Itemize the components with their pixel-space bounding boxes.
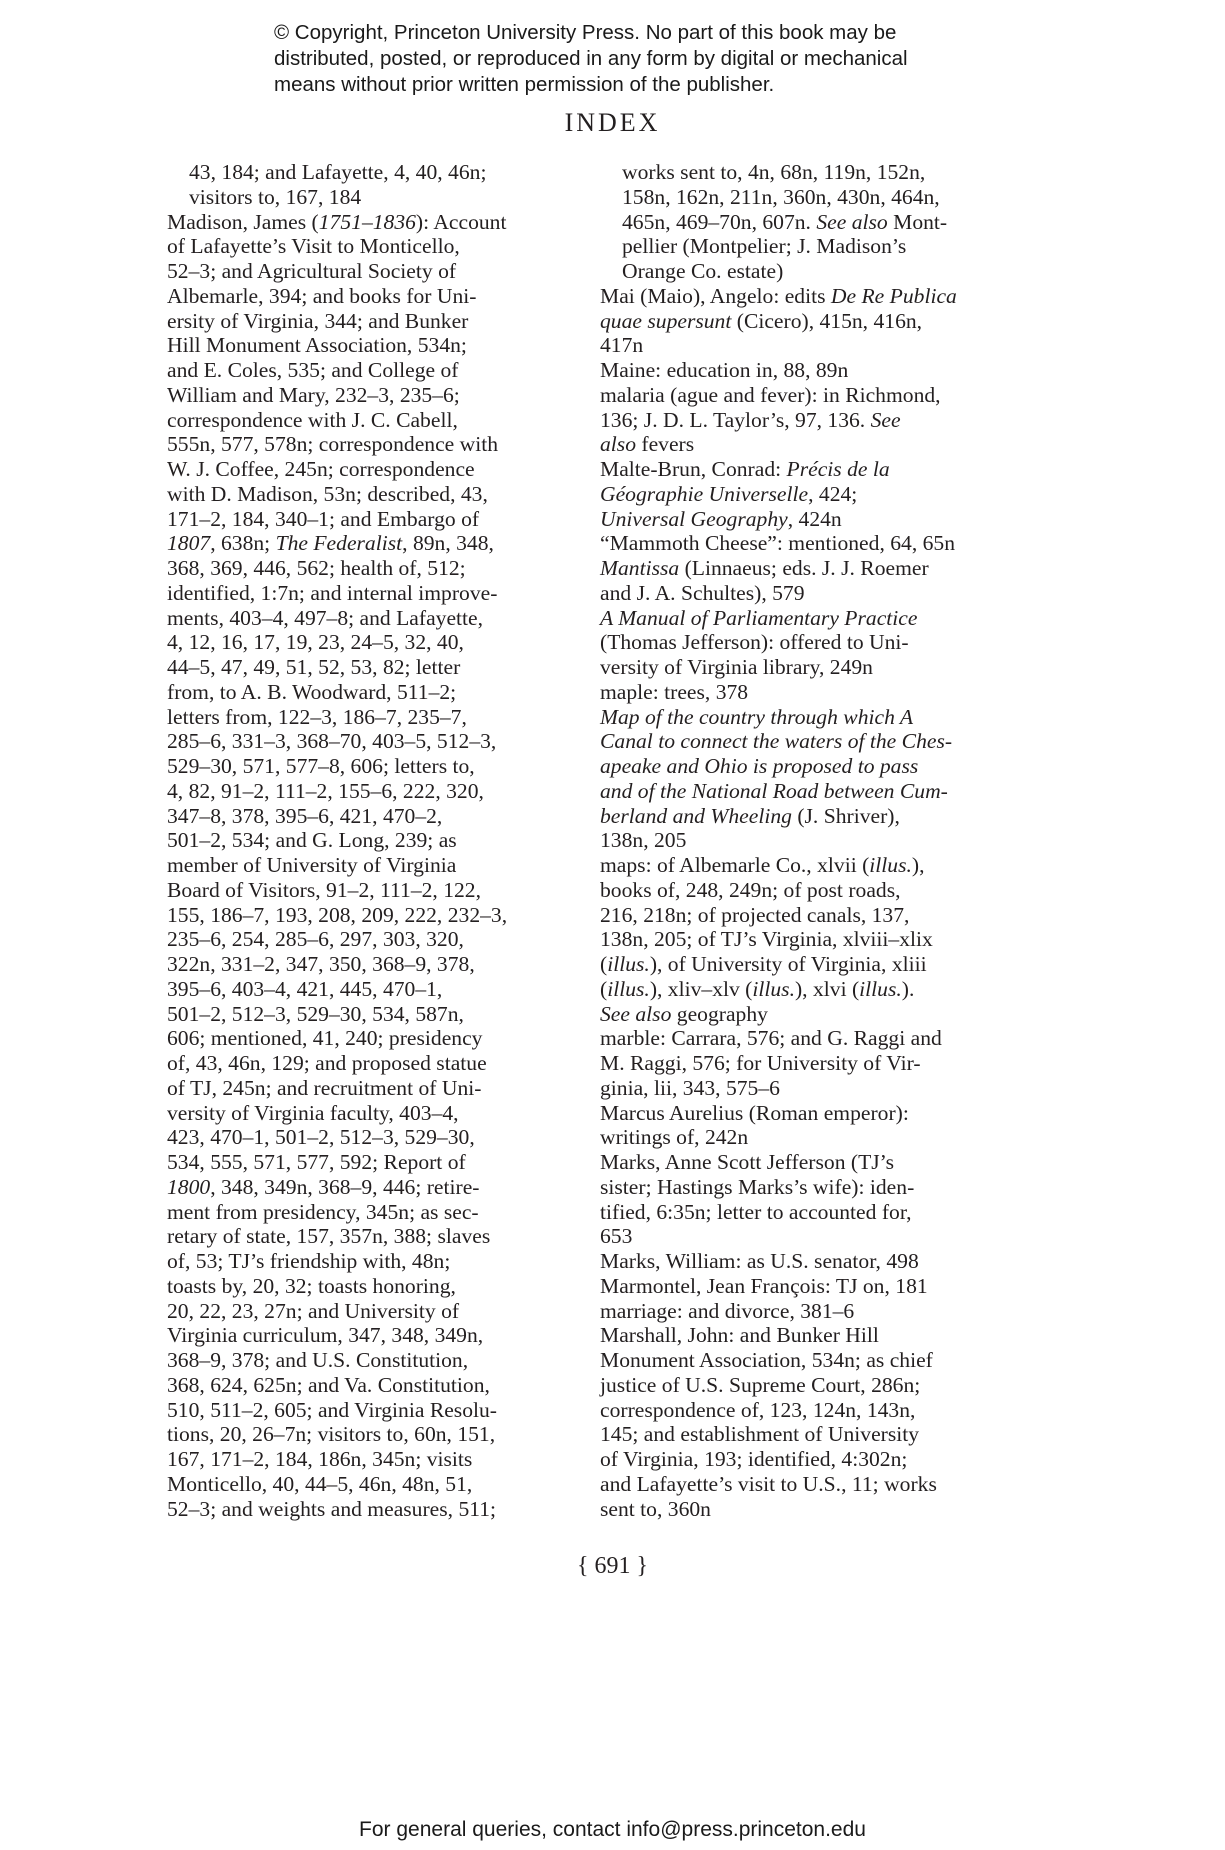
- index-line: 322n, 331–2, 347, 350, 368–9, 378,: [189, 952, 567, 977]
- index-line: and Lafayette’s visit to U.S., 11; works: [622, 1472, 1010, 1497]
- index-line: and of the National Road between Cum-: [622, 779, 1010, 804]
- index-column-right: works sent to, 4n, 68n, 119n, 152n,158n,…: [600, 160, 1010, 1521]
- index-line: of, 53; TJ’s friendship with, 48n;: [189, 1249, 567, 1274]
- index-line: books of, 248, 249n; of post roads,: [622, 878, 1010, 903]
- index-line: Map of the country through which A: [622, 705, 1010, 730]
- index-line: (illus.), xliv–xlv (illus.), xlvi (illus…: [622, 977, 1010, 1002]
- index-entry: “Mammoth Cheese”: mentioned, 64, 65n: [600, 531, 1010, 556]
- copyright-line: © Copyright, Princeton University Press.…: [274, 20, 994, 46]
- index-line: W. J. Coffee, 245n; correspondence: [189, 457, 567, 482]
- index-line: William and Mary, 232–3, 235–6;: [189, 383, 567, 408]
- index-line: See also geography: [622, 1002, 1010, 1027]
- index-line: Albemarle, 394; and books for Uni-: [189, 284, 567, 309]
- index-line: ment from presidency, 345n; as sec-: [189, 1200, 567, 1225]
- index-line: 653: [622, 1224, 1010, 1249]
- index-entry-continued: 43, 184; and Lafayette, 4, 40, 46n;visit…: [167, 160, 567, 210]
- index-line: Orange Co. estate): [622, 259, 1010, 284]
- index-line: identified, 1:7n; and internal improve-: [189, 581, 567, 606]
- copyright-line: means without prior written permission o…: [274, 72, 994, 98]
- index-line: 417n: [622, 333, 1010, 358]
- index-line: of, 43, 46n, 129; and proposed statue: [189, 1051, 567, 1076]
- index-entry: Malte-Brun, Conrad: Précis de laGéograph…: [600, 457, 1010, 531]
- index-line: toasts by, 20, 32; toasts honoring,: [189, 1274, 567, 1299]
- index-line: Virginia curriculum, 347, 348, 349n,: [189, 1323, 567, 1348]
- index-line: Géographie Universelle, 424;: [622, 482, 1010, 507]
- index-line: maple: trees, 378: [622, 680, 1010, 705]
- index-entry: marriage: and divorce, 381–6: [600, 1299, 1010, 1324]
- index-line: versity of Virginia library, 249n: [622, 655, 1010, 680]
- index-line: ments, 403–4, 497–8; and Lafayette,: [189, 606, 567, 631]
- copyright-notice: © Copyright, Princeton University Press.…: [274, 20, 994, 98]
- index-line: 52–3; and weights and measures, 511;: [189, 1497, 567, 1522]
- index-line: Mai (Maio), Angelo: edits De Re Publica: [622, 284, 1010, 309]
- index-line: pellier (Montpelier; J. Madison’s: [622, 234, 1010, 259]
- index-entry: marble: Carrara, 576; and G. Raggi andM.…: [600, 1026, 1010, 1100]
- index-line: maps: of Albemarle Co., xlvii (illus.),: [622, 853, 1010, 878]
- index-line: 529–30, 571, 577–8, 606; letters to,: [189, 754, 567, 779]
- index-line: 171–2, 184, 340–1; and Embargo of: [189, 507, 567, 532]
- index-line: Monument Association, 534n; as chief: [622, 1348, 1010, 1373]
- index-line: Universal Geography, 424n: [622, 507, 1010, 532]
- index-entry: Mantissa (Linnaeus; eds. J. J. Roemerand…: [600, 556, 1010, 606]
- index-entry: malaria (ague and fever): in Richmond,13…: [600, 383, 1010, 457]
- index-line: 138n, 205: [622, 828, 1010, 853]
- index-line: 501–2, 534; and G. Long, 239; as: [189, 828, 567, 853]
- index-line: member of University of Virginia: [189, 853, 567, 878]
- index-line: sent to, 360n: [622, 1497, 1010, 1522]
- index-line: also fevers: [622, 432, 1010, 457]
- index-line: 465n, 469–70n, 607n. See also Mont-: [622, 210, 1010, 235]
- index-line: 145; and establishment of University: [622, 1422, 1010, 1447]
- index-line: (illus.), of University of Virginia, xli…: [622, 952, 1010, 977]
- running-head: INDEX: [0, 108, 1225, 138]
- index-line: correspondence of, 123, 124n, 143n,: [622, 1398, 1010, 1423]
- index-line: berland and Wheeling (J. Shriver),: [622, 804, 1010, 829]
- index-line: 510, 511–2, 605; and Virginia Resolu-: [189, 1398, 567, 1423]
- index-line: retary of state, 157, 357n, 388; slaves: [189, 1224, 567, 1249]
- index-line: Canal to connect the waters of the Ches-: [622, 729, 1010, 754]
- index-entry: Marshall, John: and Bunker HillMonument …: [600, 1323, 1010, 1521]
- index-line: 395–6, 403–4, 421, 445, 470–1,: [189, 977, 567, 1002]
- index-line: marble: Carrara, 576; and G. Raggi and: [622, 1026, 1010, 1051]
- index-line: 423, 470–1, 501–2, 512–3, 529–30,: [189, 1125, 567, 1150]
- index-line: correspondence with J. C. Cabell,: [189, 408, 567, 433]
- index-line: and E. Coles, 535; and College of: [189, 358, 567, 383]
- index-line: of Lafayette’s Visit to Monticello,: [189, 234, 567, 259]
- index-line: 4, 12, 16, 17, 19, 23, 24–5, 32, 40,: [189, 630, 567, 655]
- index-line: 52–3; and Agricultural Society of: [189, 259, 567, 284]
- index-line: 368–9, 378; and U.S. Constitution,: [189, 1348, 567, 1373]
- index-line: and J. A. Schultes), 579: [622, 581, 1010, 606]
- index-line: 167, 171–2, 184, 186n, 345n; visits: [189, 1447, 567, 1472]
- index-entry: maple: trees, 378: [600, 680, 1010, 705]
- index-line: of Virginia, 193; identified, 4:302n;: [622, 1447, 1010, 1472]
- index-line: writings of, 242n: [622, 1125, 1010, 1150]
- index-entry: Madison, James (1751–1836): Accountof La…: [167, 210, 567, 1522]
- index-line: 136; J. D. L. Taylor’s, 97, 136. See: [622, 408, 1010, 433]
- index-line: visitors to, 167, 184: [189, 185, 567, 210]
- index-line: from, to A. B. Woodward, 511–2;: [189, 680, 567, 705]
- index-entry: Mai (Maio), Angelo: edits De Re Publicaq…: [600, 284, 1010, 358]
- index-line: Marmontel, Jean François: TJ on, 181: [622, 1274, 1010, 1299]
- index-line: 235–6, 254, 285–6, 297, 303, 320,: [189, 927, 567, 952]
- index-line: Maine: education in, 88, 89n: [622, 358, 1010, 383]
- index-line: tified, 6:35n; letter to accounted for,: [622, 1200, 1010, 1225]
- index-entry: maps: of Albemarle Co., xlvii (illus.),b…: [600, 853, 1010, 1026]
- index-line: sister; Hastings Marks’s wife): iden-: [622, 1175, 1010, 1200]
- index-entry: Maine: education in, 88, 89n: [600, 358, 1010, 383]
- index-line: 158n, 162n, 211n, 360n, 430n, 464n,: [622, 185, 1010, 210]
- index-line: with D. Madison, 53n; described, 43,: [189, 482, 567, 507]
- index-line: 43, 184; and Lafayette, 4, 40, 46n;: [189, 160, 567, 185]
- index-entry: Marmontel, Jean François: TJ on, 181: [600, 1274, 1010, 1299]
- index-line: A Manual of Parliamentary Practice: [622, 606, 1010, 631]
- index-line: “Mammoth Cheese”: mentioned, 64, 65n: [622, 531, 1010, 556]
- index-line: tions, 20, 26–7n; visitors to, 60n, 151,: [189, 1422, 567, 1447]
- index-line: 44–5, 47, 49, 51, 52, 53, 82; letter: [189, 655, 567, 680]
- index-line: 534, 555, 571, 577, 592; Report of: [189, 1150, 567, 1175]
- index-entry: A Manual of Parliamentary Practice(Thoma…: [600, 606, 1010, 680]
- index-line: 4, 82, 91–2, 111–2, 155–6, 222, 320,: [189, 779, 567, 804]
- index-line: (Thomas Jefferson): offered to Uni-: [622, 630, 1010, 655]
- footer-contact: For general queries, contact info@press.…: [0, 1818, 1225, 1842]
- index-line: 347–8, 378, 395–6, 421, 470–2,: [189, 804, 567, 829]
- index-line: 285–6, 331–3, 368–70, 403–5, 512–3,: [189, 729, 567, 754]
- index-entry-continued: works sent to, 4n, 68n, 119n, 152n,158n,…: [600, 160, 1010, 284]
- index-line: Hill Monument Association, 534n;: [189, 333, 567, 358]
- page-number: { 691 }: [0, 1553, 1225, 1580]
- index-line: Marshall, John: and Bunker Hill: [622, 1323, 1010, 1348]
- index-line: 138n, 205; of TJ’s Virginia, xlviii–xlix: [622, 927, 1010, 952]
- index-line: apeake and Ohio is proposed to pass: [622, 754, 1010, 779]
- index-line: works sent to, 4n, 68n, 119n, 152n,: [622, 160, 1010, 185]
- index-line: 20, 22, 23, 27n; and University of: [189, 1299, 567, 1324]
- index-line: Marcus Aurelius (Roman emperor):: [622, 1101, 1010, 1126]
- index-line: 216, 218n; of projected canals, 137,: [622, 903, 1010, 928]
- index-line: 501–2, 512–3, 529–30, 534, 587n,: [189, 1002, 567, 1027]
- index-line: of TJ, 245n; and recruitment of Uni-: [189, 1076, 567, 1101]
- index-line: M. Raggi, 576; for University of Vir-: [622, 1051, 1010, 1076]
- index-column-left: 43, 184; and Lafayette, 4, 40, 46n;visit…: [167, 160, 567, 1521]
- index-entry: Marks, William: as U.S. senator, 498: [600, 1249, 1010, 1274]
- index-line: Mantissa (Linnaeus; eds. J. J. Roemer: [622, 556, 1010, 581]
- index-line: 1800, 348, 349n, 368–9, 446; retire-: [189, 1175, 567, 1200]
- index-line: Marks, William: as U.S. senator, 498: [622, 1249, 1010, 1274]
- index-line: 368, 369, 446, 562; health of, 512;: [189, 556, 567, 581]
- index-line: 606; mentioned, 41, 240; presidency: [189, 1026, 567, 1051]
- index-line: malaria (ague and fever): in Richmond,: [622, 383, 1010, 408]
- index-line: Malte-Brun, Conrad: Précis de la: [622, 457, 1010, 482]
- index-entry: Marcus Aurelius (Roman emperor):writings…: [600, 1101, 1010, 1151]
- index-line: quae supersunt (Cicero), 415n, 416n,: [622, 309, 1010, 334]
- index-line: 1807, 638n; The Federalist, 89n, 348,: [189, 531, 567, 556]
- copyright-line: distributed, posted, or reproduced in an…: [274, 46, 994, 72]
- index-line: Madison, James (1751–1836): Account: [189, 210, 567, 235]
- index-line: 368, 624, 625n; and Va. Constitution,: [189, 1373, 567, 1398]
- index-line: letters from, 122–3, 186–7, 235–7,: [189, 705, 567, 730]
- index-line: justice of U.S. Supreme Court, 286n;: [622, 1373, 1010, 1398]
- index-line: ersity of Virginia, 344; and Bunker: [189, 309, 567, 334]
- index-line: 555n, 577, 578n; correspondence with: [189, 432, 567, 457]
- index-line: Monticello, 40, 44–5, 46n, 48n, 51,: [189, 1472, 567, 1497]
- index-line: 155, 186–7, 193, 208, 209, 222, 232–3,: [189, 903, 567, 928]
- index-line: marriage: and divorce, 381–6: [622, 1299, 1010, 1324]
- index-line: Board of Visitors, 91–2, 111–2, 122,: [189, 878, 567, 903]
- index-entry: Map of the country through which ACanal …: [600, 705, 1010, 854]
- index-line: Marks, Anne Scott Jefferson (TJ’s: [622, 1150, 1010, 1175]
- index-line: ginia, lii, 343, 575–6: [622, 1076, 1010, 1101]
- index-line: versity of Virginia faculty, 403–4,: [189, 1101, 567, 1126]
- index-entry: Marks, Anne Scott Jefferson (TJ’ssister;…: [600, 1150, 1010, 1249]
